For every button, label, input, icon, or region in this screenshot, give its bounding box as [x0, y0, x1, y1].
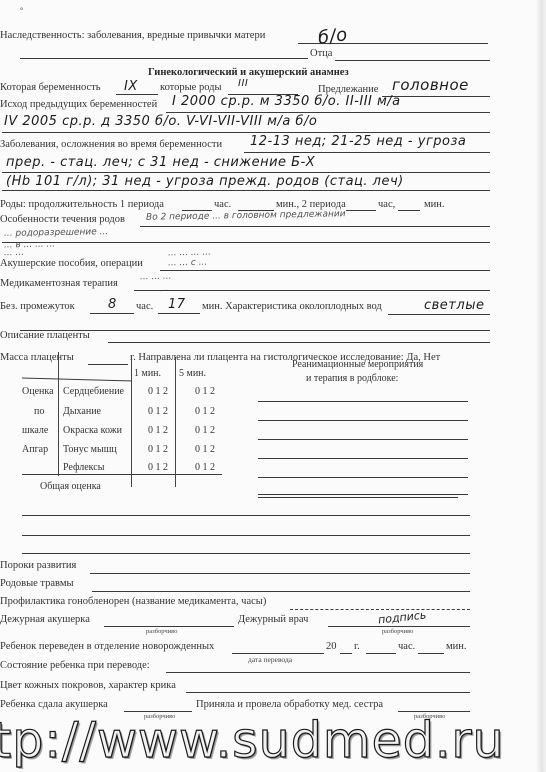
- obstetric-procedures-line2: ... ... с ...: [168, 258, 207, 269]
- doctor-legibly-hint: разборчиво: [382, 628, 413, 635]
- labor-course-line2: ... родоразрешение ...: [4, 227, 108, 239]
- skin-cry-label: Цвет кожных покровов, характер крика: [0, 680, 176, 691]
- transfer-date-hint: дата перевода: [248, 655, 292, 664]
- labor-minutes-label-2: мин.: [424, 199, 445, 210]
- previous-pregnancies-line1: I 2000 ср.р. м 3350 б/о. II-III м/а: [172, 94, 401, 109]
- labor-minutes-label-1: мин., 2 периода: [276, 199, 346, 210]
- scan-mark: °: [20, 6, 23, 15]
- previous-pregnancies-line2: IV 2005 ср.р. д 3350 б/о. V-VI-VII-VIII …: [4, 114, 317, 129]
- labor-hours-label-2: час,: [378, 199, 395, 210]
- apgar-row-name: Сердцебиение: [63, 386, 124, 397]
- drug-therapy-line1: ... ... ...: [140, 272, 172, 283]
- heredity-label: Наследственность: заболевания, вредные п…: [0, 30, 265, 41]
- apgar-row-1min: 0 1 2: [148, 386, 168, 397]
- pregnancy-number-label: Которая беременность: [0, 82, 101, 93]
- apgar-row-1min: 0 1 2: [148, 406, 168, 417]
- complications-line1: 12-13 нед; 21-25 нед - угроза: [250, 134, 466, 149]
- birth-trauma-label: Родовые травмы: [0, 578, 74, 589]
- midwife-legibly-hint: разборчиво: [146, 628, 177, 635]
- birth-number-label: которые роды: [160, 82, 222, 93]
- condition-label: Состояние ребенка при переводе:: [0, 660, 150, 671]
- anhydrous-hours-value: 8: [108, 297, 117, 312]
- drug-therapy-label: Медикаментозная терапия: [0, 278, 118, 289]
- transfer-hours-label: час.: [398, 641, 415, 652]
- apgar-row-name: Рефлексы: [63, 462, 104, 473]
- previous-pregnancies-label: Исход предыдущих беременностей: [0, 99, 157, 110]
- pregnancy-number-value: IX: [124, 79, 138, 94]
- apgar-side-label-3: Апгар: [22, 444, 48, 455]
- apgar-row-5min: 0 1 2: [195, 462, 215, 473]
- scan-edge: [536, 0, 546, 772]
- amniotic-fluid-label: мин. Характеристика околоплодных вод: [202, 301, 382, 312]
- transfer-year-prefix: 20: [326, 641, 337, 652]
- transfer-year-suffix: г.: [354, 641, 360, 652]
- drug-therapy-line2: ...: [160, 284, 169, 294]
- accepted-by-label: Приняла и провела обработку мед. сестра: [196, 699, 383, 710]
- apgar-row-name: Тонус мышц: [63, 444, 117, 455]
- complications-label: Заболевания, осложнения во время беремен…: [0, 139, 222, 150]
- labor-duration-label: Роды: продолжительность 1 периода: [0, 199, 164, 210]
- malformations-label: Пороки развития: [0, 560, 76, 571]
- anhydrous-interval-label: Без. промежуток: [0, 301, 75, 312]
- resuscitation-title-1: Реанимационные мероприятия: [292, 359, 423, 370]
- gonoblenorrhea-label: Профилактика гонобленорен (название меди…: [0, 596, 266, 607]
- complications-line3: (Hb 101 г/л); 31 нед - угроза прежд. род…: [6, 174, 404, 189]
- labor-course-line1: Во 2 периоде ... в головном предлежании: [146, 209, 346, 222]
- apgar-side-label-1: по: [34, 406, 44, 417]
- presentation-value: головное: [392, 76, 469, 94]
- labor-course-line4: ... ...: [4, 248, 24, 258]
- site-watermark: tp://www.sudmed.ru: [0, 712, 505, 769]
- apgar-total-label: Общая оценка: [40, 481, 101, 492]
- heredity-mother-value: б/о: [317, 24, 349, 49]
- apgar-row-5min: 0 1 2: [195, 386, 215, 397]
- apgar-col-1min: 1 мин.: [134, 368, 161, 379]
- midwife-label: Дежурная акушерка: [0, 614, 90, 625]
- anhydrous-minutes-value: 17: [168, 297, 186, 312]
- labor-hours-label: час.: [214, 199, 231, 210]
- apgar-row-1min: 0 1 2: [148, 425, 168, 436]
- apgar-row-5min: 0 1 2: [195, 406, 215, 417]
- apgar-row-1min: 0 1 2: [148, 462, 168, 473]
- gyn-history-title: Гинекологический и акушерский анамнез: [148, 67, 349, 78]
- resuscitation-title-2: и терапия в родблоке:: [306, 373, 398, 384]
- transfer-label: Ребенок переведен в отделение новорожден…: [0, 641, 214, 652]
- heredity-father-label: Отца: [310, 48, 332, 59]
- placenta-mass-label: Масса плаценты: [0, 352, 74, 363]
- handed-by-label: Ребенка сдала акушерка: [0, 699, 108, 710]
- apgar-col-5min: 5 мин.: [179, 368, 206, 379]
- complications-line2: прер. - стац. леч; с 31 нед - снижение Б…: [6, 155, 315, 170]
- amniotic-fluid-value: светлые: [424, 298, 484, 313]
- apgar-row-name: Окраска кожи: [63, 425, 122, 436]
- doctor-signature: подпись: [377, 609, 426, 627]
- scanned-page: ° Наследственность: заболевания, вредные…: [0, 0, 546, 772]
- apgar-side-label-2: шкале: [22, 425, 48, 436]
- doctor-label: Дежурный врач: [238, 614, 308, 625]
- anhydrous-hours-label: час.: [136, 301, 153, 312]
- birth-number-value: III: [238, 78, 248, 89]
- apgar-row-5min: 0 1 2: [195, 444, 215, 455]
- transfer-minutes-label: мин.: [446, 641, 467, 652]
- labor-course-label: Особенности течения родов: [0, 214, 125, 225]
- apgar-row-1min: 0 1 2: [148, 444, 168, 455]
- apgar-side-label-0: Оценка: [22, 386, 54, 397]
- apgar-row-5min: 0 1 2: [195, 425, 215, 436]
- obstetric-procedures-label: Акушерские пособия, операции: [0, 258, 143, 269]
- apgar-row-name: Дыхание: [63, 406, 101, 417]
- placenta-description-label: Описание плаценты: [0, 330, 90, 341]
